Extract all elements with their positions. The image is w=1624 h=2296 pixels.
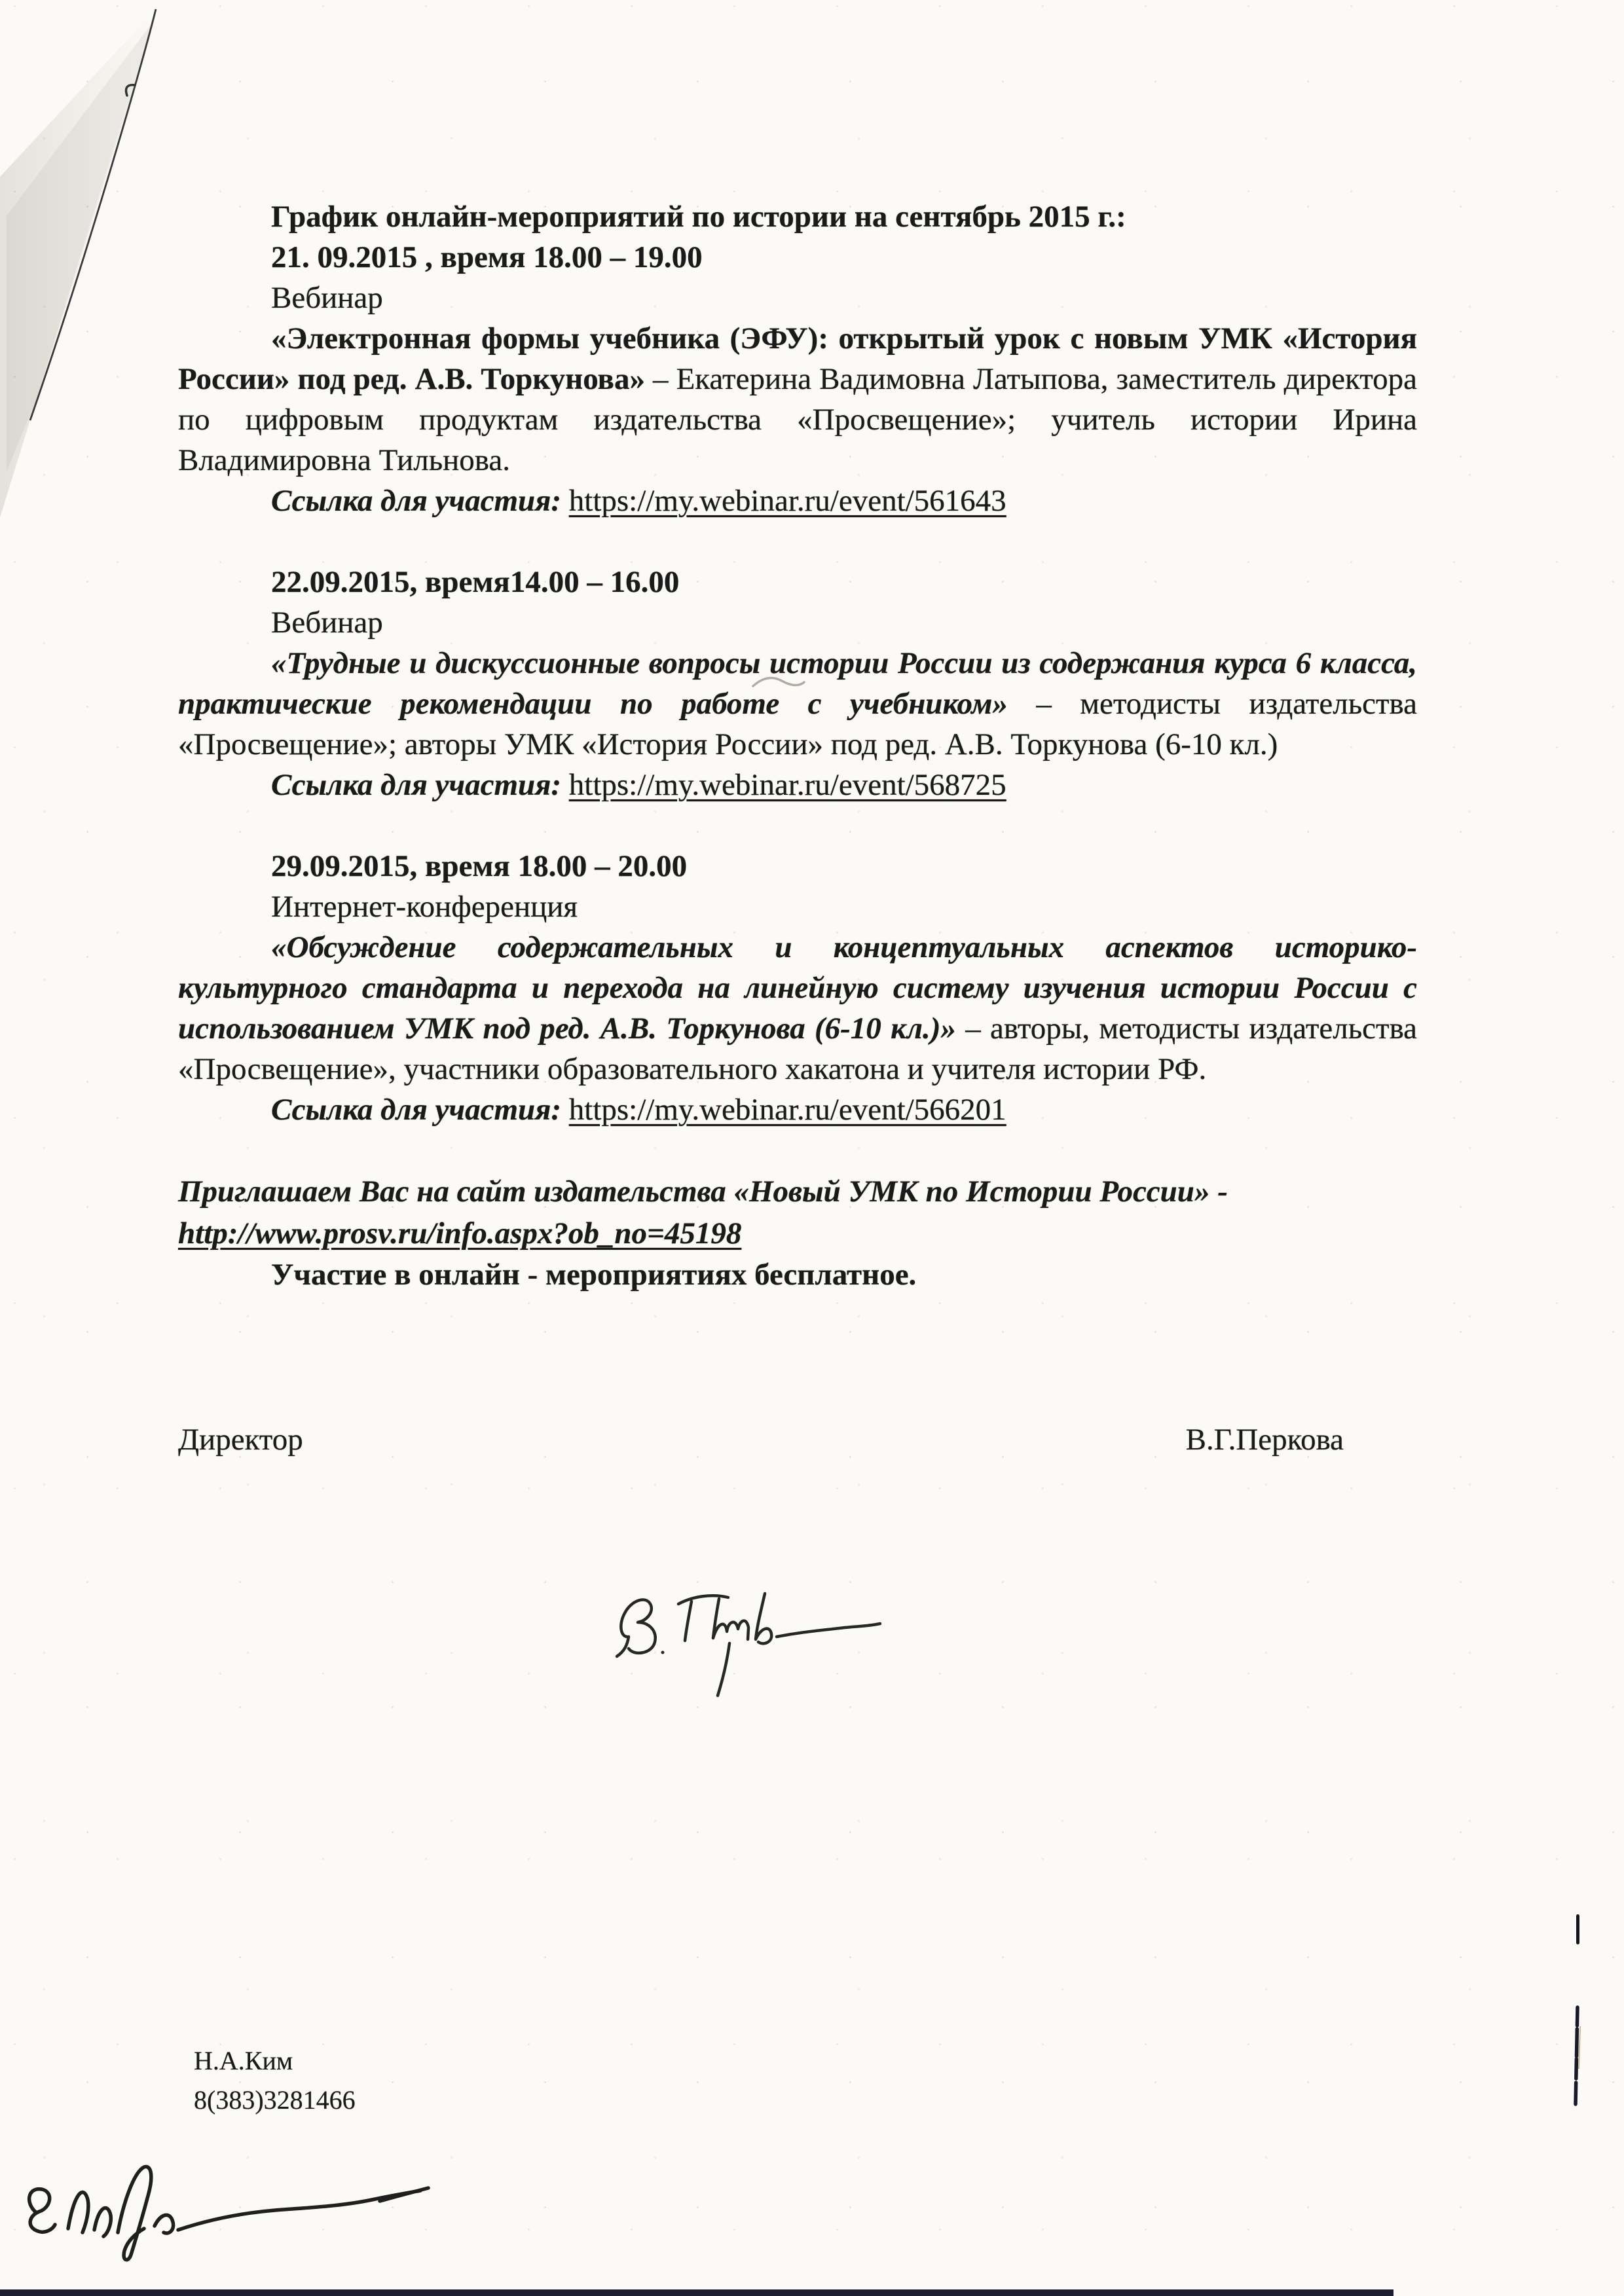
event-2-link-label: Ссылка для участия:	[271, 768, 561, 802]
event-1-link-label: Ссылка для участия:	[271, 484, 561, 518]
small-hook-mark	[126, 85, 136, 96]
bottom-scanner-strip	[0, 2289, 1393, 2296]
right-edge-mark-upper	[1576, 1914, 1579, 1944]
executor-phone: 8(383)3281466	[194, 2081, 356, 2120]
event-3-description: «Обсуждение содержательных и концептуаль…	[178, 927, 1417, 1089]
event-2-format: Вебинар	[178, 602, 1417, 643]
event-1-link-line: Ссылка для участия: https://my.webinar.r…	[178, 481, 1417, 521]
signatory-role: Директор	[178, 1419, 303, 1460]
corner-shadow-inner	[7, 20, 155, 471]
diagonal-crease-line	[30, 9, 156, 420]
director-signature	[608, 1579, 889, 1700]
event-2-datetime: 22.09.2015, время14.00 – 16.00	[178, 562, 1417, 602]
signatory-name: В.Г.Перкова	[1186, 1419, 1344, 1460]
letter-body: График онлайн-мероприятий по истории на …	[178, 196, 1417, 1460]
event-3-link-line: Ссылка для участия: https://my.webinar.r…	[178, 1089, 1417, 1130]
executor-block: Н.А.Ким 8(383)3281466	[194, 2041, 356, 2120]
event-2-participation-link[interactable]: https://my.webinar.ru/event/568725	[569, 768, 1006, 802]
publisher-site-link[interactable]: http://www.prosv.ru/info.aspx?ob_no=4519…	[178, 1216, 741, 1250]
event-1-datetime: 21. 09.2015 , время 18.00 – 19.00	[178, 237, 1417, 278]
free-participation-note: Участие в онлайн - мероприятиях бесплатн…	[178, 1254, 1417, 1295]
signature-row: Директор В.Г.Перкова	[178, 1419, 1417, 1460]
document-title: График онлайн-мероприятий по истории на …	[178, 196, 1417, 237]
invitation-text: Приглашаем Вас на сайт издательства «Нов…	[178, 1175, 1228, 1209]
event-3-link-label: Ссылка для участия:	[271, 1093, 561, 1127]
footer-signature	[13, 2136, 445, 2263]
event-1-format: Вебинар	[178, 278, 1417, 318]
event-3-participation-link[interactable]: https://my.webinar.ru/event/566201	[569, 1093, 1006, 1127]
right-edge-fringe	[1579, 2026, 1580, 2069]
event-2-description: «Трудные и дискуссионные вопросы истории…	[178, 643, 1417, 765]
event-1-participation-link[interactable]: https://my.webinar.ru/event/561643	[569, 484, 1006, 518]
right-edge-mark-lower	[1576, 2007, 1578, 2104]
scanned-letter-page: График онлайн-мероприятий по истории на …	[0, 0, 1624, 2296]
event-3-format: Интернет-конференция	[178, 886, 1417, 927]
event-2-link-line: Ссылка для участия: https://my.webinar.r…	[178, 765, 1417, 805]
corner-shadow	[0, 9, 156, 517]
event-block-3: 29.09.2015, время 18.00 – 20.00 Интернет…	[178, 846, 1417, 1130]
invitation-paragraph: Приглашаем Вас на сайт издательства «Нов…	[178, 1171, 1417, 1254]
event-block-2: 22.09.2015, время14.00 – 16.00 Вебинар «…	[178, 562, 1417, 805]
event-3-datetime: 29.09.2015, время 18.00 – 20.00	[178, 846, 1417, 886]
executor-name: Н.А.Ким	[194, 2041, 356, 2081]
event-1-description: «Электронная формы учебника (ЭФУ): откры…	[178, 318, 1417, 481]
event-block-1: 21. 09.2015 , время 18.00 – 19.00 Вебина…	[178, 237, 1417, 521]
